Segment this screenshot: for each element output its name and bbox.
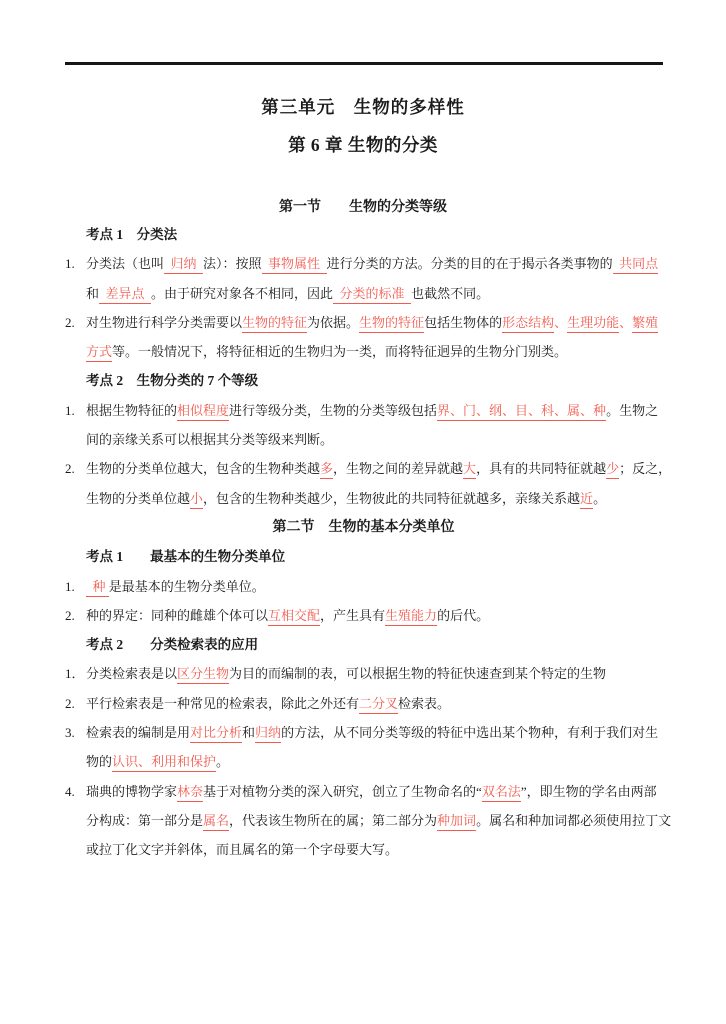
text-segment: 进行等级分类，生物的分类等级包括 [229, 403, 437, 418]
item-number: 3. [65, 718, 75, 747]
item-continuation-line: 间的亲缘关系可以根据其分类等级来判断。 [65, 425, 662, 454]
text-segment: 为目的而编制的表，可以根据生物的特征快速查到某个特定的生物 [229, 666, 606, 681]
key-term-red: 事物属性 [262, 256, 327, 274]
key-term-red: 近 [580, 491, 593, 509]
text-segment: 分构成：第一部分是 [86, 813, 203, 828]
key-term-red: 生殖能力 [385, 608, 437, 626]
text-segment: ”，即生物的学名由两部 [521, 784, 657, 799]
item-line: 1．分类检索表是以区分生物为目的而编制的表，可以根据生物的特征快速查到某个特定的… [65, 659, 662, 688]
text-segment: 基于对植物分类的深入研究，创立了生物命名的“ [203, 784, 482, 799]
item-line: 2.对生物进行科学分类需要以生物的特征为依据。生物的特征包括生物体的形态结构、生… [65, 308, 662, 337]
item-continuation-line: 生物的分类单位越小，包含的生物种类越少，生物彼此的共同特征就越多，亲缘关系越近。 [65, 484, 662, 513]
kaodian-heading: 考点 2 生物分类的 7 个等级 [65, 366, 662, 395]
key-term-red: 差异点 [99, 286, 151, 304]
text-segment: 包括生物体的 [424, 315, 502, 330]
text-segment: 分类法（也叫 [86, 256, 164, 271]
kaodian-heading: 考点 1 分类法 [65, 220, 662, 249]
key-term-red: 生理功能 [567, 315, 619, 333]
item-line: 1.根据生物特征的相似程度进行等级分类，生物的分类等级包括界、门、纲、目、科、属… [65, 396, 662, 425]
text-segment: 和 [86, 286, 99, 301]
text-segment: 进行分类的方法。分类的目的在于揭示各类事物的 [327, 256, 613, 271]
text-segment: ，包含的生物种类越少，生物彼此的共同特征就越多，亲缘关系越 [203, 491, 580, 506]
text-segment: 。由于研究对象各不相同，因此 [151, 286, 333, 301]
text-segment: 等。一般情况下，将特征相近的生物归为一类，而将特征迥异的生物分门别类。 [112, 344, 567, 359]
text-segment: ，生物之间的差异就越 [333, 461, 463, 476]
item-continuation-line: 分构成：第一部分是属名，代表该生物所在的属；第二部分为种加词。属名和种加词都必须… [65, 806, 662, 835]
header-rule [65, 62, 663, 65]
key-term-red: 少 [606, 461, 619, 479]
text-segment: 间的亲缘关系可以根据其分类等级来判断。 [86, 432, 333, 447]
key-term-red: 对比分析 [190, 725, 242, 743]
item-number: 2. [65, 689, 75, 718]
chapter-title: 第 6 章 生物的分类 [0, 132, 726, 157]
text-segment: 。 [216, 754, 229, 769]
key-term-red: 方式 [86, 344, 112, 362]
key-term-red: 归纳 [164, 256, 203, 274]
key-term-red: 种加词 [437, 813, 476, 831]
item-number: 1. [65, 249, 75, 278]
key-term-red: 林奈 [177, 784, 203, 802]
item-number: 4. [65, 777, 75, 806]
unit-title: 第三单元 生物的多样性 [0, 94, 726, 119]
text-segment: 也截然不同。 [411, 286, 489, 301]
text-segment: 根据生物特征的 [86, 403, 177, 418]
document-page: 第三单元 生物的多样性 第 6 章 生物的分类 第一节 生物的分类等级 考点 1… [0, 0, 726, 1024]
text-segment: 种的界定：同种的雌雄个体可以 [86, 608, 268, 623]
item-number: 2. [65, 454, 75, 483]
item-number: 2. [65, 308, 75, 337]
text-segment: 生物的分类单位越 [86, 491, 190, 506]
text-segment: ，具有的共同特征就越 [476, 461, 606, 476]
text-segment: 生物的分类单位越大，包含的生物种类越 [86, 461, 320, 476]
item-line: 1. 种 是最基本的生物分类单位。 [65, 572, 662, 601]
item-continuation-line: 或拉丁化文字并斜体，而且属名的第一个字母要大写。 [65, 835, 662, 864]
key-term-red: 多 [320, 461, 333, 479]
item-line: 1.分类法（也叫 归纳 法）：按照 事物属性 进行分类的方法。分类的目的在于揭示… [65, 249, 662, 278]
text-segment: 法）：按照 [203, 256, 262, 271]
text-segment: ，代表该生物所在的属；第二部分为 [229, 813, 437, 828]
text-segment: 是最基本的生物分类单位。 [109, 579, 265, 594]
key-term-red: 认识、利用和保护 [112, 754, 216, 772]
item-number: 1． [65, 659, 85, 688]
text-segment: 。生物之 [606, 403, 658, 418]
key-term-red: 种 [86, 579, 109, 597]
item-line: 2.平行检索表是一种常见的检索表，除此之外还有二分叉检索表。 [65, 689, 662, 718]
text-segment: ；反之， [619, 461, 671, 476]
text-segment: 为依据。 [307, 315, 359, 330]
item-number: 1. [65, 396, 75, 425]
text-segment: 检索表的编制是用 [86, 725, 190, 740]
key-term-red: 归纳 [255, 725, 281, 743]
item-continuation-line: 物的认识、利用和保护。 [65, 747, 662, 776]
kaodian-heading: 考点 2 分类检索表的应用 [65, 630, 662, 659]
key-term-red: 生物的特征 [242, 315, 307, 333]
item-continuation-line: 和 差异点 。由于研究对象各不相同，因此 分类的标准 也截然不同。 [65, 279, 662, 308]
text-segment: 。 [593, 491, 606, 506]
key-term-red: 、 [619, 315, 632, 330]
key-term-red: 大 [463, 461, 476, 479]
section-1-heading: 第一节 生物的分类等级 [0, 196, 726, 216]
text-segment: 。属名和种加词都必须使用拉丁文 [476, 813, 671, 828]
text-segment: 检索表。 [398, 696, 450, 711]
text-segment: 或拉丁化文字并斜体，而且属名的第一个字母要大写。 [86, 842, 398, 857]
key-term-red: 、 [554, 315, 567, 330]
key-term-red: 界、门、纲、目、科、属、种 [437, 403, 606, 421]
key-term-red: 互相交配 [268, 608, 320, 626]
text-segment: 对生物进行科学分类需要以 [86, 315, 242, 330]
key-term-red: 相似程度 [177, 403, 229, 421]
text-segment: 和 [242, 725, 255, 740]
key-term-red: 区分生物 [177, 666, 229, 684]
text-segment: ，产生具有 [320, 608, 385, 623]
key-term-red: 形态结构 [502, 315, 554, 333]
item-line: 2.生物的分类单位越大，包含的生物种类越多，生物之间的差异就越大，具有的共同特征… [65, 454, 662, 483]
text-segment: 物的 [86, 754, 112, 769]
text-segment: 平行检索表是一种常见的检索表，除此之外还有 [86, 696, 359, 711]
kaodian-heading: 考点 1 最基本的生物分类单位 [65, 542, 662, 571]
key-term-red: 属名 [203, 813, 229, 831]
text-segment: 的后代。 [437, 608, 489, 623]
content-rows: 考点 1 分类法1.分类法（也叫 归纳 法）：按照 事物属性 进行分类的方法。分… [65, 220, 662, 865]
text-segment: 分类检索表是以 [86, 666, 177, 681]
key-term-red: 共同点 [613, 256, 659, 274]
text-segment: 瑞典的博物学家 [86, 784, 177, 799]
key-term-red: 生物的特征 [359, 315, 424, 333]
key-term-red: 小 [190, 491, 203, 509]
key-term-red: 二分叉 [359, 696, 398, 714]
text-segment: 的方法，从不同分类等级的特征中选出某个物种，有利于我们对生 [281, 725, 658, 740]
item-line: 4.瑞典的博物学家林奈基于对植物分类的深入研究，创立了生物命名的“双名法”，即生… [65, 777, 662, 806]
key-term-red: 分类的标准 [333, 286, 411, 304]
key-term-red: 双名法 [482, 784, 521, 802]
key-term-red: 繁殖 [632, 315, 658, 333]
item-continuation-line: 方式等。一般情况下，将特征相近的生物归为一类，而将特征迥异的生物分门别类。 [65, 337, 662, 366]
item-line: 2.种的界定：同种的雌雄个体可以互相交配，产生具有生殖能力的后代。 [65, 601, 662, 630]
item-line: 3.检索表的编制是用对比分析和归纳的方法，从不同分类等级的特征中选出某个物种，有… [65, 718, 662, 747]
item-number: 1. [65, 572, 75, 601]
section-heading: 第二节 生物的基本分类单位 [65, 513, 662, 542]
item-number: 2. [65, 601, 75, 630]
